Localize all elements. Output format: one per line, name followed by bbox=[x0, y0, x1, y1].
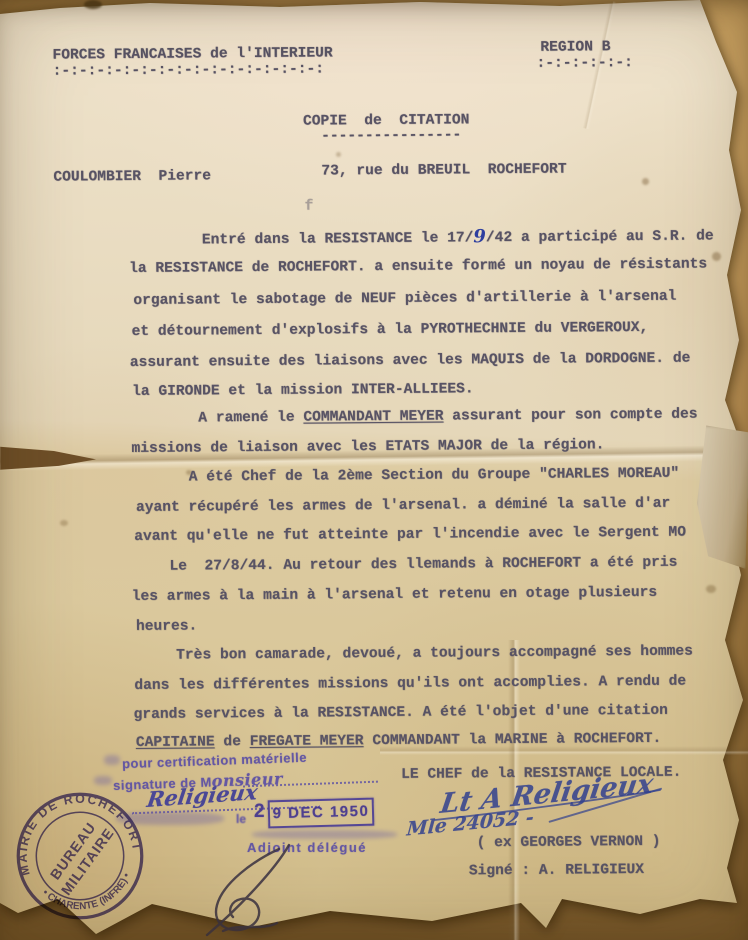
body-line: A ramené le COMMANDANT MEYER assurant po… bbox=[198, 406, 697, 428]
body-line: CAPITAINE de FREGATE MEYER COMMANDANT la… bbox=[136, 730, 662, 752]
body-line: les armes à la main à l'arsenal et reten… bbox=[132, 584, 658, 606]
body-line: missions de liaison avec les ETATS MAJOR… bbox=[131, 436, 604, 458]
body-text: Entré dans la RESISTANCE le 17/ bbox=[202, 230, 474, 248]
stray-typed-mark: f bbox=[305, 198, 314, 216]
stamp-le: le bbox=[236, 812, 246, 826]
body-line: heures. bbox=[136, 617, 197, 636]
body-line: Très bon camarade, devoué, a toujours ac… bbox=[176, 643, 693, 665]
body-text: assurant pour son compte des bbox=[443, 407, 697, 425]
body-text: A ramené le bbox=[198, 410, 303, 427]
body-line: assurant ensuite des liaisons avec les M… bbox=[130, 350, 691, 373]
signed-line: Signé : A. RELIGIEUX bbox=[469, 861, 644, 881]
underlined-name: FREGATE MEYER bbox=[250, 733, 364, 750]
recipient-address: 73, rue du BREUIL ROCHEFORT bbox=[321, 161, 566, 181]
underlined-rank: CAPITAINE bbox=[136, 734, 215, 751]
body-text: de bbox=[215, 734, 250, 750]
body-line: A été Chef de la 2ème Section du Groupe … bbox=[189, 465, 680, 487]
body-line: Le 27/8/44. Au retour des llemands à ROC… bbox=[169, 554, 677, 576]
flourish-signature bbox=[193, 843, 308, 938]
document-photo: FORCES FRANCAISES de l'INTERIEUR :-:-:-:… bbox=[0, 0, 748, 940]
handwritten-digit: 9 bbox=[473, 226, 486, 247]
body-line: organisant le sabotage de NEUF pièces d'… bbox=[133, 288, 676, 310]
stamp-smudge bbox=[104, 755, 120, 765]
body-line: grands services à la RESISTANCE. A été l… bbox=[134, 702, 668, 724]
body-line: avant qu'elle ne fut atteinte par l'ince… bbox=[134, 524, 686, 547]
header-region-rule: :-:-:-:-:-: bbox=[536, 54, 632, 73]
body-line: ayant récupéré les armes de l'arsenal. a… bbox=[136, 495, 670, 517]
date-stamp-box: 9 DEC 1950 bbox=[268, 798, 375, 829]
body-line: Entré dans la RESISTANCE le 17/9/42 a pa… bbox=[202, 223, 714, 250]
doc-title-rule: ---------------- bbox=[321, 126, 461, 145]
body-line: la GIRONDE et la mission INTER-ALLIEES. bbox=[132, 380, 474, 401]
body-line: dans les différentes missions qu'ils ont… bbox=[134, 673, 686, 696]
stamp-smudge bbox=[252, 830, 397, 839]
date-stamp-digit: 2 bbox=[254, 801, 265, 823]
body-line: et détournement d'explosifs à la PYROTHE… bbox=[132, 319, 649, 341]
body-text: COMMANDANT la MARINE à ROCHEFORT. bbox=[363, 731, 661, 749]
underlined-name: COMMANDANT MEYER bbox=[303, 409, 443, 426]
body-text: /42 a participé au S.R. de bbox=[486, 228, 714, 246]
header-org-rule: :-:-:-:-:-:-:-:-:-:-:-:-:-:-:-: bbox=[52, 60, 324, 80]
recipient-name: COULOMBIER Pierre bbox=[53, 167, 211, 186]
signature-pen-strokes bbox=[420, 780, 670, 840]
body-line: la RESISTANCE de ROCHEFORT. a ensuite fo… bbox=[129, 255, 707, 278]
